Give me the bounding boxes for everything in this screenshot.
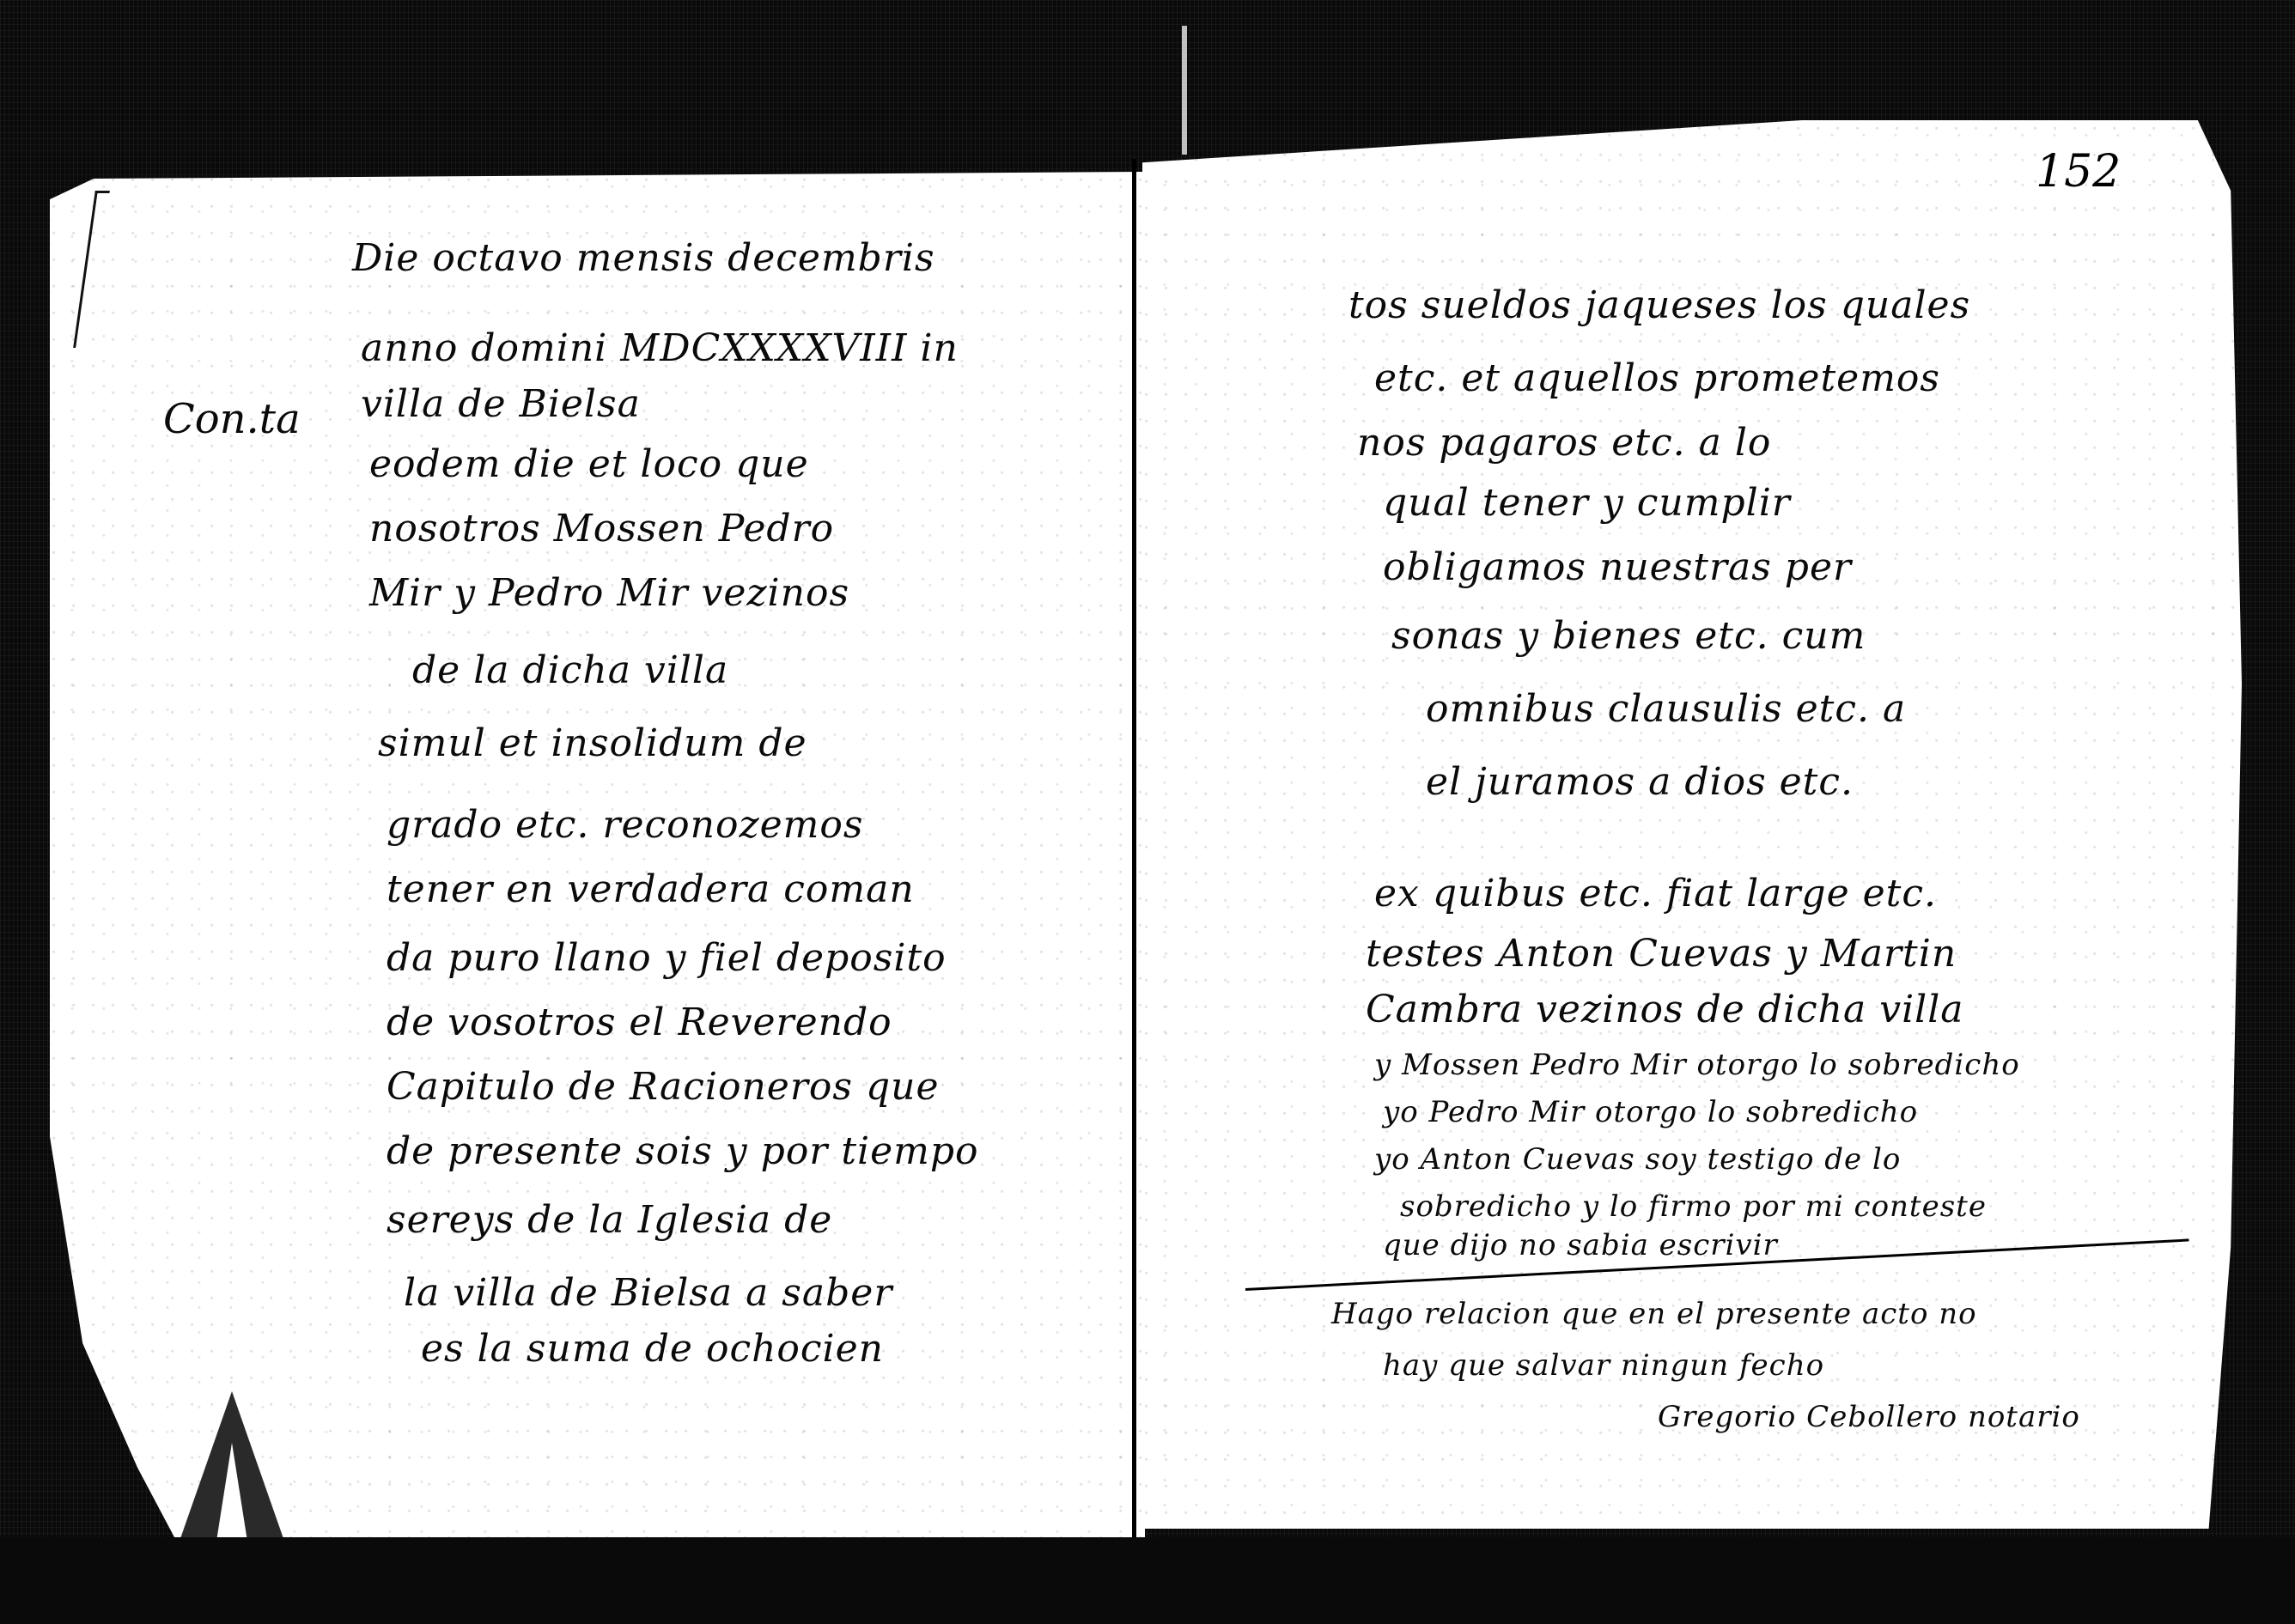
text-line: obligamos nuestras per <box>1383 545 1852 589</box>
text-line: da puro llano y fiel deposito <box>387 936 947 980</box>
text-line: tener en verdadera coman <box>387 867 915 911</box>
text-line: simul et insolidum de <box>378 721 807 765</box>
text-line: Mir y Pedro Mir vezinos <box>369 571 849 615</box>
bottom-background <box>0 1537 2295 1624</box>
page-fold-edge <box>73 191 110 348</box>
page-number: 152 <box>2036 146 2121 198</box>
text-line: nosotros Mossen Pedro <box>369 507 834 550</box>
text-line: testes Anton Cuevas y Martin <box>1366 932 1957 976</box>
text-line: es la suma de ochocien <box>421 1327 884 1371</box>
signature: Gregorio Cebollero notario <box>1658 1400 2080 1434</box>
text-line: omnibus clausulis etc. a <box>1426 687 1906 731</box>
margin-note: Con.ta <box>163 395 301 443</box>
spine-highlight <box>1182 26 1187 155</box>
text-line: yo Pedro Mir otorgo lo sobredicho <box>1383 1095 1918 1129</box>
text-line: el juramos a dios etc. <box>1426 760 1854 804</box>
text-line: qual tener y cumplir <box>1383 481 1791 525</box>
text-line: que dijo no sabia escrivir <box>1383 1228 1778 1262</box>
text-line: ex quibus etc. fiat large etc. <box>1374 872 1937 915</box>
text-line: de presente sois y por tiempo <box>387 1129 979 1173</box>
text-line: anno domini MDCXXXXVIII in <box>361 326 959 370</box>
text-line: etc. et aquellos prometemos <box>1374 356 1940 400</box>
text-line: de la dicha villa <box>412 648 728 692</box>
text-line: eodem die et loco que <box>369 442 809 486</box>
text-line: Hago relacion que en el presente acto no <box>1331 1297 1977 1331</box>
text-line: sereys de la Iglesia de <box>387 1198 832 1242</box>
text-line: Die octavo mensis decembris <box>352 236 935 280</box>
text-line: y Mossen Pedro Mir otorgo lo sobredicho <box>1374 1048 2020 1082</box>
page-gutter <box>1132 159 1136 1550</box>
text-line: tos sueldos jaqueses los quales <box>1348 283 1970 327</box>
text-line: yo Anton Cuevas soy testigo de lo <box>1374 1142 1901 1177</box>
text-line: Capitulo de Racioneros que <box>387 1065 939 1109</box>
text-line: nos pagaros etc. a lo <box>1357 421 1771 465</box>
text-line: sobredicho y lo firmo por mi conteste <box>1400 1189 1987 1224</box>
text-line: la villa de Bielsa a saber <box>404 1271 892 1315</box>
text-line: de vosotros el Reverendo <box>387 1001 892 1044</box>
text-line: villa de Bielsa <box>361 382 641 426</box>
text-line: sonas y bienes etc. cum <box>1391 614 1866 658</box>
text-line: Cambra vezinos de dicha villa <box>1366 988 1964 1031</box>
text-line: grado etc. reconozemos <box>387 803 863 847</box>
text-line: hay que salvar ningun fecho <box>1383 1348 1824 1383</box>
